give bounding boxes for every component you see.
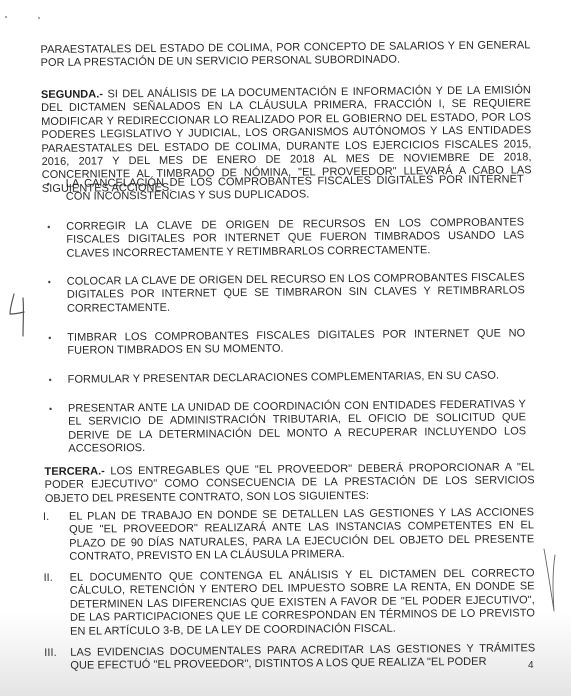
bullet-icon: •	[49, 403, 52, 416]
scan-speck	[38, 17, 40, 19]
bullet-icon: •	[48, 276, 51, 289]
list-item-text: LA CANCELACIÓN DE LOS COMPROBANTES FISCA…	[66, 173, 524, 203]
document-page: PARAESTATALES DEL ESTADO DE COLIMA, POR …	[0, 0, 571, 696]
list-item: • PRESENTAR ANTE LA UNIDAD DE COORDINACI…	[68, 398, 526, 456]
scan-speck	[5, 16, 7, 18]
list-item: • COLOCAR LA CLAVE DE ORIGEN DEL RECURSO…	[67, 271, 525, 316]
bullet-icon: •	[47, 221, 50, 234]
list-item: • CORREGIR LA CLAVE DE ORIGEN DE RECURSO…	[66, 216, 524, 261]
clause-segunda-heading: SEGUNDA.-	[41, 88, 103, 101]
page-number: 4	[528, 660, 534, 671]
numbered-item-text: EL PLAN DE TRABAJO EN DONDE SE DETALLEN …	[69, 506, 534, 563]
numbered-item: I. EL PLAN DE TRABAJO EN DONDE SE DETALL…	[69, 506, 534, 564]
clause-tercera-heading: TERCERA.-	[44, 465, 104, 478]
list-item-text: TIMBRAR LOS COMPROBANTES FISCALES DIGITA…	[67, 327, 525, 357]
bullet-icon: •	[48, 332, 51, 345]
numbered-item: III. LAS EVIDENCIAS DOCUMENTALES PARA AC…	[70, 642, 535, 673]
clause-tercera-text: LOS ENTREGABLES QUE "EL PROVEEDOR" DEBER…	[45, 461, 535, 505]
numbered-item-label: II.	[43, 572, 63, 586]
list-item: • TIMBRAR LOS COMPROBANTES FISCALES DIGI…	[67, 327, 525, 358]
list-item-text: PRESENTAR ANTE LA UNIDAD DE COORDINACIÓN…	[68, 398, 526, 455]
numbered-item-text: EL DOCUMENTO QUE CONTENGA EL ANÁLISIS Y …	[69, 567, 534, 637]
numbered-item-label: III.	[44, 647, 64, 661]
list-item: • FORMULAR Y PRESENTAR DECLARACIONES COM…	[68, 369, 526, 387]
list-item-text: FORMULAR Y PRESENTAR DECLARACIONES COMPL…	[68, 370, 500, 386]
bullet-icon: •	[47, 178, 50, 191]
bullet-icon: •	[49, 374, 52, 387]
list-item-text: CORREGIR LA CLAVE DE ORIGEN DE RECURSOS …	[66, 216, 524, 259]
numbered-item-text: LAS EVIDENCIAS DOCUMENTALES PARA ACREDIT…	[70, 642, 535, 672]
numbered-item-label: I.	[43, 511, 63, 525]
handwritten-initial-icon	[540, 545, 560, 615]
numbered-item: II. EL DOCUMENTO QUE CONTENGA EL ANÁLISI…	[69, 567, 535, 638]
clause-tercera: TERCERA.- LOS ENTREGABLES QUE "EL PROVEE…	[44, 461, 534, 506]
handwritten-number-icon	[6, 290, 30, 340]
intro-paragraph: PARAESTATALES DEL ESTADO DE COLIMA, POR …	[40, 39, 530, 71]
list-item-text: COLOCAR LA CLAVE DE ORIGEN DEL RECURSO E…	[67, 271, 525, 314]
list-item: • LA CANCELACIÓN DE LOS COMPROBANTES FIS…	[66, 173, 524, 204]
